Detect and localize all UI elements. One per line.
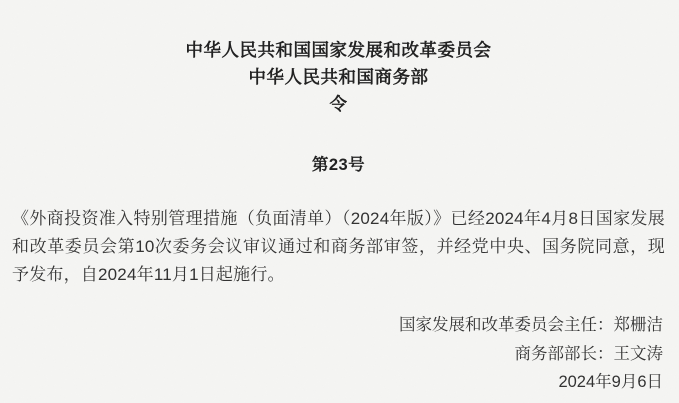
decree-number: 第23号	[12, 152, 665, 179]
document-header: 中华人民共和国国家发展和改革委员会 中华人民共和国商务部 令	[12, 37, 665, 118]
decree-document: 中华人民共和国国家发展和改革委员会 中华人民共和国商务部 令 第23号 《外商投…	[0, 0, 679, 403]
signature-mofcom-minister: 商务部部长：王文涛	[12, 340, 663, 369]
signature-block: 国家发展和改革委员会主任：郑栅洁 商务部部长：王文涛 2024年9月6日	[12, 311, 665, 397]
issuer-title-mofcom: 中华人民共和国商务部	[12, 64, 665, 91]
decree-body-paragraph: 《外商投资准入特别管理措施（负面清单）（2024年版）》已经2024年4月8日国…	[12, 205, 665, 289]
signature-ndrc-chairman: 国家发展和改革委员会主任：郑栅洁	[12, 311, 663, 340]
issuer-title-ndrc: 中华人民共和国国家发展和改革委员会	[12, 37, 665, 64]
decree-character: 令	[12, 91, 665, 118]
signature-date: 2024年9月6日	[12, 368, 663, 397]
